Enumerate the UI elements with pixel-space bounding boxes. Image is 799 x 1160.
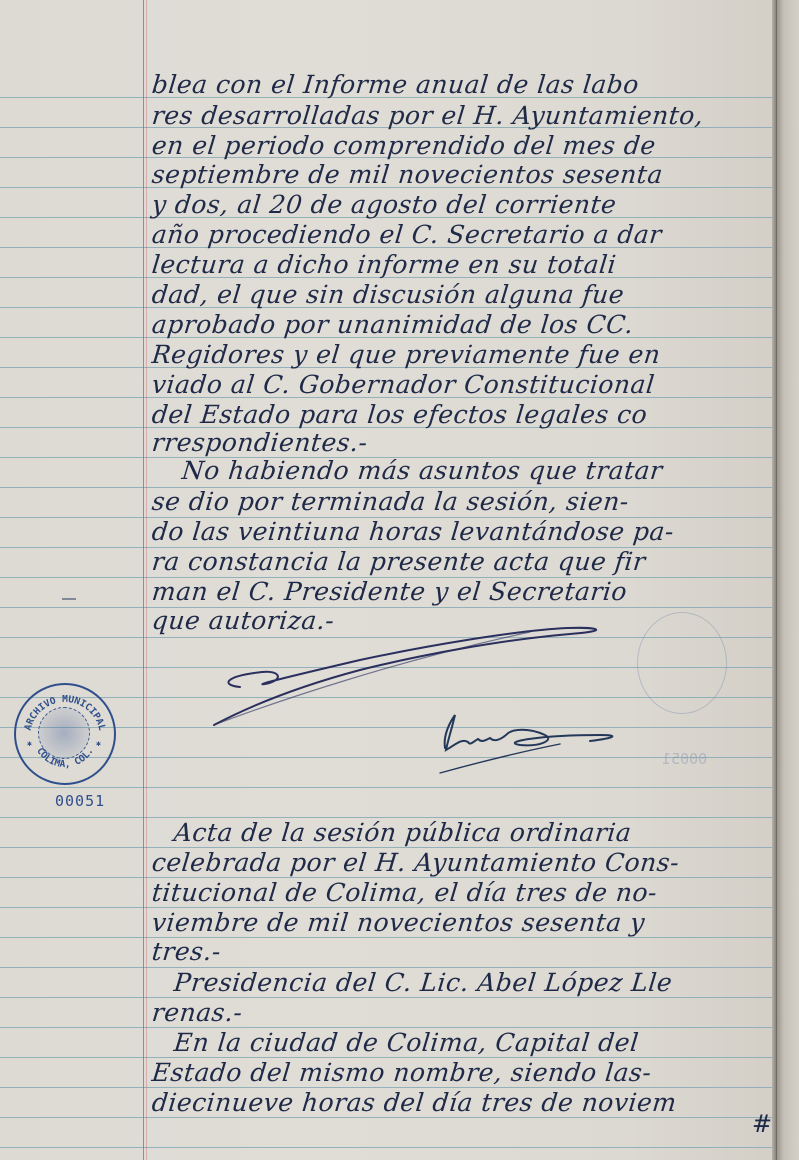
- text-line: tres.-: [150, 937, 222, 966]
- signature-secretary: [440, 715, 612, 773]
- text-line: viembre de mil novecientos sesenta y: [150, 908, 646, 937]
- text-line: renas.-: [150, 998, 244, 1027]
- end-of-page-mark: #: [752, 1110, 772, 1138]
- ledger-page: ARCHIVO MUNICIPAL COLIMA, COL. ✱ ✱ 00051…: [0, 0, 782, 1160]
- text-line: titucional de Colima, el día tres de no-: [150, 878, 658, 907]
- text-line: celebrada por el H. Ayuntamiento Cons-: [150, 848, 680, 877]
- text-line: Acta de la sesión pública ordinaria: [172, 818, 632, 847]
- next-page-edge: [776, 0, 799, 1160]
- text-line: diecinueve horas del día tres de noviem: [150, 1088, 678, 1117]
- signature-president: [214, 628, 596, 725]
- text-line: Estado del mismo nombre, siendo las-: [150, 1058, 652, 1087]
- text-line: En la ciudad de Colima, Capital del: [172, 1028, 640, 1057]
- text-line: Presidencia del C. Lic. Abel López Lle: [172, 968, 673, 997]
